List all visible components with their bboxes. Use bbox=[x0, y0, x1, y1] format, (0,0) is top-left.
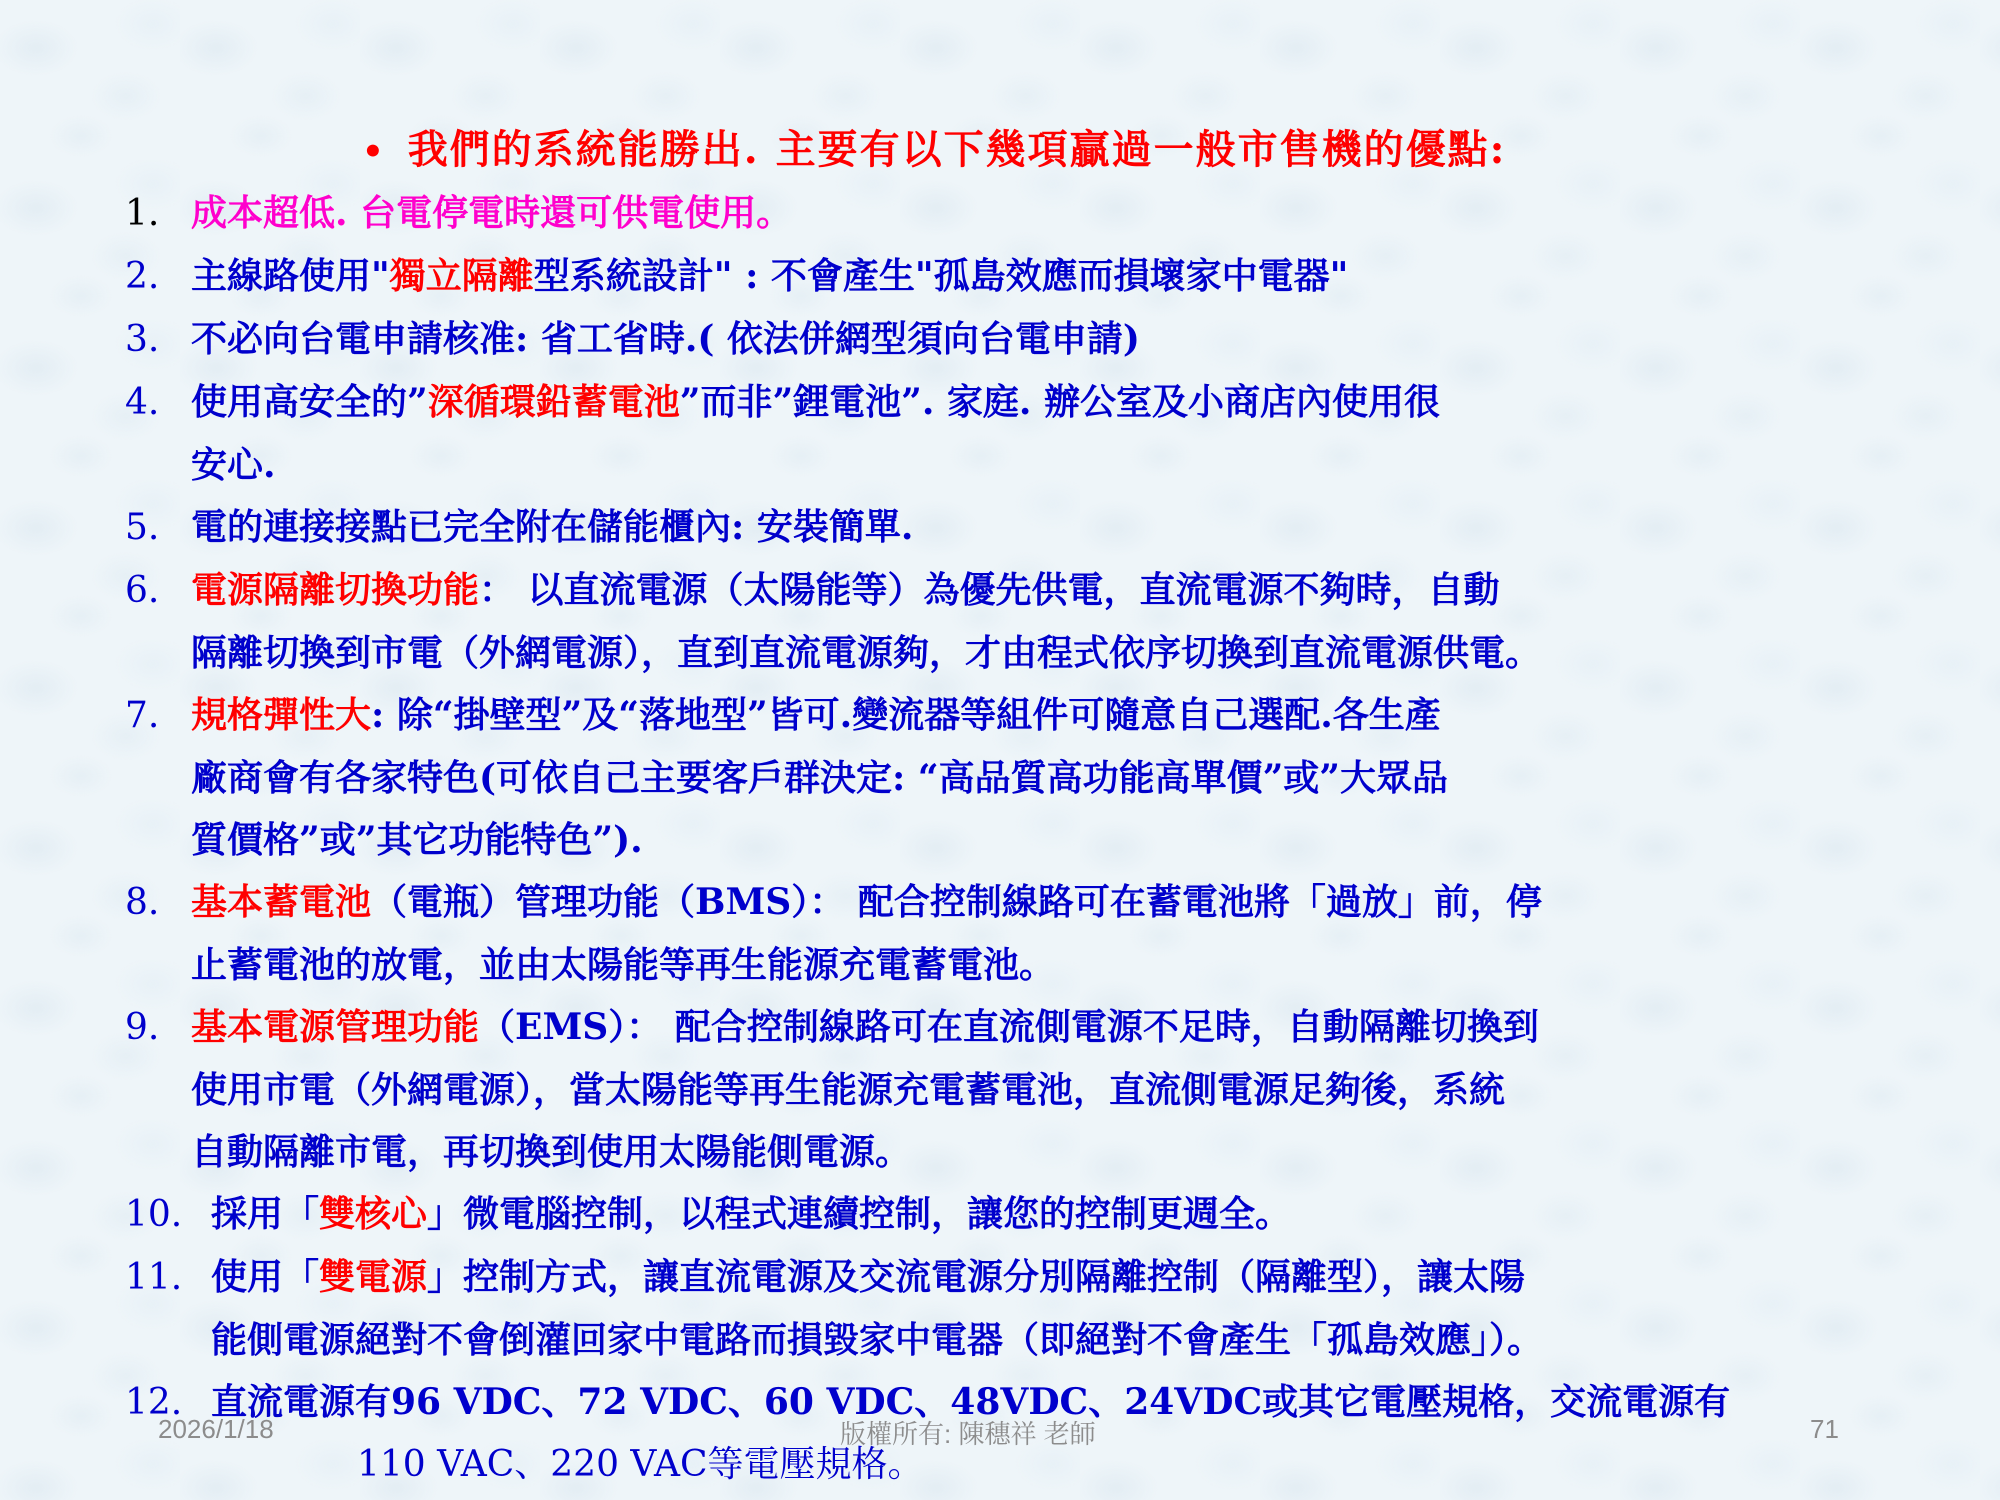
item-continuation: 隔離切換到市電（外網電源），直到直流電源夠，才由程式依序切換到直流電源供電。 bbox=[125, 622, 1925, 684]
item-number: 4. bbox=[125, 372, 191, 434]
item-text: 使用高安全的” bbox=[191, 381, 428, 423]
item-number: 2. bbox=[125, 246, 191, 308]
item-continuation: 使用市電（外網電源），當太陽能等再生能源充電蓄電池，直流側電源足夠後，系統 bbox=[125, 1059, 1925, 1121]
footer-page-number: 71 bbox=[1810, 1414, 1839, 1445]
list-item-8: 8.基本蓄電池（電瓶）管理功能（BMS）： 配合控制線路可在蓄電池將「過放」前，… bbox=[125, 871, 1925, 996]
item-text: 型系統設計" : 不會產生"孤島效應而損壞家中電器" bbox=[534, 255, 1349, 297]
list-item-10: 10.採用「雙核心」微電腦控制，以程式連續控制，讓您的控制更週全。 bbox=[125, 1183, 1925, 1246]
list-item-1: 1.成本超低. 台電停電時還可供電使用。 bbox=[125, 182, 1925, 245]
item-text: : 除“掛壁型”及“落地型”皆可.變流器等組件可隨意自己選配.各生產 bbox=[371, 694, 1441, 736]
item-highlight: 雙核心 bbox=[319, 1193, 427, 1235]
item-text: 主線路使用" bbox=[191, 255, 390, 297]
item-text: 電的連接接點已完全附在儲能櫃內: 安裝簡單. bbox=[191, 506, 913, 548]
item-highlight: 基本電源管理功能 bbox=[191, 1006, 479, 1048]
item-text: ”而非”鋰電池”. 家庭. 辦公室及小商店內使用很 bbox=[680, 381, 1440, 423]
item-number: 10. bbox=[125, 1184, 211, 1246]
list-item-11: 11.使用「雙電源」控制方式，讓直流電源及交流電源分別隔離控制（隔離型），讓太陽… bbox=[125, 1246, 1925, 1371]
advantages-list: 1.成本超低. 台電停電時還可供電使用。 2.主線路使用"獨立隔離型系統設計" … bbox=[125, 182, 1925, 1496]
item-number: 3. bbox=[125, 309, 191, 371]
item-number: 6. bbox=[125, 560, 191, 622]
footer-copyright: 版權所有: 陳穗祥 老師 bbox=[840, 1414, 1096, 1451]
item-highlight: 電源隔離切換功能 bbox=[191, 569, 479, 611]
item-text: 使用「 bbox=[211, 1256, 319, 1298]
item-text: 成本超低. 台電停電時還可供電使用。 bbox=[191, 192, 792, 234]
item-text: （電瓶）管理功能（BMS）： 配合控制線路可在蓄電池將「過放」前，停 bbox=[371, 881, 1542, 923]
item-continuation: 止蓄電池的放電，並由太陽能等再生能源充電蓄電池。 bbox=[125, 934, 1925, 996]
item-number: 5. bbox=[125, 497, 191, 559]
item-continuation: 自動隔離市電，再切換到使用太陽能側電源。 bbox=[125, 1121, 1925, 1183]
item-continuation: 能側電源絕對不會倒灌回家中電路而損毀家中電器（即絕對不會產生「孤島效應」）。 bbox=[125, 1309, 1925, 1371]
item-text: 採用「 bbox=[211, 1193, 319, 1235]
item-text: 不必向台電申請核准: 省工省時.( 依法併網型須向台電申請) bbox=[191, 318, 1140, 360]
item-highlight: 規格彈性大 bbox=[191, 694, 371, 736]
item-text: ： 以直流電源（太陽能等）為優先供電，直流電源不夠時，自動 bbox=[479, 569, 1500, 611]
list-item-3: 3.不必向台電申請核准: 省工省時.( 依法併網型須向台電申請) bbox=[125, 308, 1925, 371]
slide-title-text: 我們的系統能勝出. 主要有以下幾項贏過一般市售機的優點: bbox=[408, 126, 1507, 173]
item-highlight: 雙電源 bbox=[319, 1256, 427, 1298]
list-item-4: 4.使用高安全的”深循環鉛蓄電池”而非”鋰電池”. 家庭. 辦公室及小商店內使用… bbox=[125, 371, 1925, 496]
item-continuation: 質價格”或”其它功能特色”). bbox=[125, 809, 1925, 871]
list-item-7: 7.規格彈性大: 除“掛壁型”及“落地型”皆可.變流器等組件可隨意自己選配.各生… bbox=[125, 684, 1925, 871]
slide: •我們的系統能勝出. 主要有以下幾項贏過一般市售機的優點: 1.成本超低. 台電… bbox=[0, 0, 2000, 1500]
item-number: 9. bbox=[125, 997, 191, 1059]
item-highlight: 獨立隔離 bbox=[390, 255, 534, 297]
item-number: 1. bbox=[125, 183, 191, 245]
item-number: 7. bbox=[125, 685, 191, 747]
list-item-6: 6.電源隔離切換功能： 以直流電源（太陽能等）為優先供電，直流電源不夠時，自動 … bbox=[125, 559, 1925, 684]
item-continuation: 安心. bbox=[125, 434, 1925, 496]
item-number: 8. bbox=[125, 872, 191, 934]
item-text: 」微電腦控制，以程式連續控制，讓您的控制更週全。 bbox=[427, 1193, 1291, 1235]
slide-title: •我們的系統能勝出. 主要有以下幾項贏過一般市售機的優點: bbox=[362, 118, 1506, 175]
item-text: （EMS）： 配合控制線路可在直流側電源不足時，自動隔離切換到 bbox=[479, 1006, 1539, 1048]
item-highlight: 深循環鉛蓄電池 bbox=[428, 381, 680, 423]
footer-date: 2026/1/18 bbox=[158, 1414, 274, 1445]
list-item-5: 5.電的連接接點已完全附在儲能櫃內: 安裝簡單. bbox=[125, 496, 1925, 559]
item-highlight: 基本蓄電池 bbox=[191, 881, 371, 923]
list-item-9: 9.基本電源管理功能（EMS）： 配合控制線路可在直流側電源不足時，自動隔離切換… bbox=[125, 996, 1925, 1183]
item-text: 」控制方式，讓直流電源及交流電源分別隔離控制（隔離型），讓太陽 bbox=[427, 1256, 1525, 1298]
list-item-2: 2.主線路使用"獨立隔離型系統設計" : 不會產生"孤島效應而損壞家中電器" bbox=[125, 245, 1925, 308]
item-continuation: 廠商會有各家特色(可依自己主要客戶群決定: “高品質高功能高單價”或”大眾品 bbox=[125, 747, 1925, 809]
item-number: 11. bbox=[125, 1247, 211, 1309]
bullet-icon: • bbox=[362, 132, 386, 172]
